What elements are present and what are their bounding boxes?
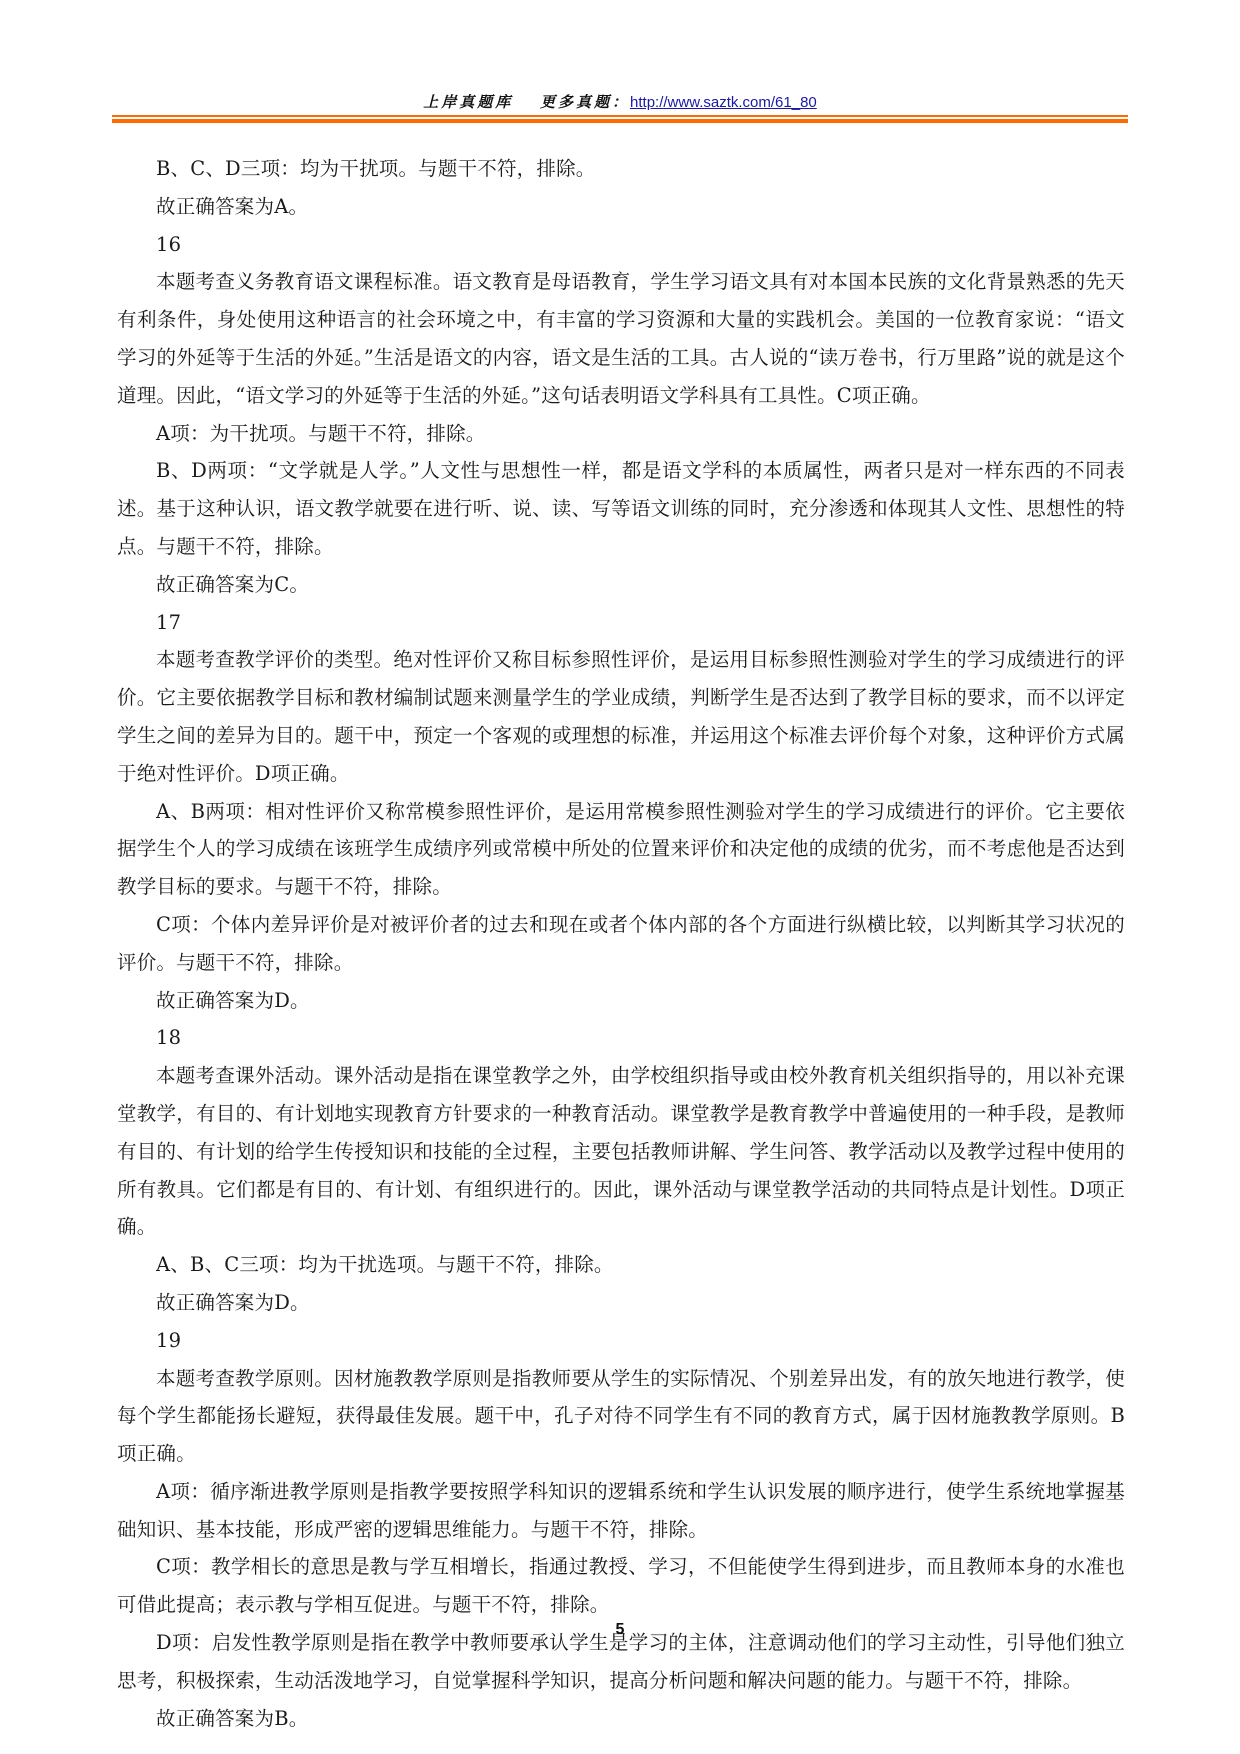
page-body: B、C、D三项：均为干扰项。与题干不符，排除。 故正确答案为A。 16 本题考查… [117, 150, 1125, 1737]
page-number: 5 [0, 1621, 1240, 1639]
paragraph: B、C、D三项：均为干扰项。与题干不符，排除。 [117, 150, 1125, 188]
brand-name: 上岸真题库 [423, 93, 513, 111]
answer-line: 故正确答案为D。 [117, 982, 1125, 1020]
paragraph: A、B、C三项：均为干扰选项。与题干不符，排除。 [117, 1246, 1125, 1284]
paragraph: 本题考查教学原则。因材施教教学原则是指教师要从学生的实际情况、个别差异出发，有的… [117, 1360, 1125, 1473]
paragraph: A项：为干扰项。与题干不符，排除。 [117, 415, 1125, 453]
paragraph: C项：教学相长的意思是教与学互相增长，指通过教授、学习，不但能使学生得到进步，而… [117, 1548, 1125, 1624]
question-number: 17 [117, 604, 1125, 642]
answer-line: 故正确答案为B。 [117, 1700, 1125, 1738]
paragraph: C项：个体内差异评价是对被评价者的过去和现在或者个体内部的各个方面进行纵横比较，… [117, 906, 1125, 982]
page-header: 上岸真题库 更多真题：http://www.saztk.com/61_80 [0, 92, 1240, 113]
question-number: 16 [117, 226, 1125, 264]
question-number: 18 [117, 1019, 1125, 1057]
question-number: 19 [117, 1322, 1125, 1360]
paragraph: A项：循序渐进教学原则是指教学要按照学科知识的逻辑系统和学生认识发展的顺序进行，… [117, 1473, 1125, 1549]
paragraph: A、B两项：相对性评价又称常模参照性评价，是运用常模参照性测验对学生的学习成绩进… [117, 793, 1125, 906]
answer-line: 故正确答案为D。 [117, 1284, 1125, 1322]
paragraph: B、D两项：“文学就是人学。”人文性与思想性一样，都是语文学科的本质属性，两者只… [117, 452, 1125, 565]
paragraph: 本题考查课外活动。课外活动是指在课堂教学之外，由学校组织指导或由校外教育机关组织… [117, 1057, 1125, 1246]
header-rule-thin [112, 115, 1128, 117]
paragraph: 本题考查教学评价的类型。绝对性评价又称目标参照性评价，是运用目标参照性测验对学生… [117, 641, 1125, 792]
answer-line: 故正确答案为A。 [117, 188, 1125, 226]
more-label: 更多真题： [540, 93, 630, 111]
source-link[interactable]: http://www.saztk.com/61_80 [630, 94, 817, 111]
answer-line: 故正确答案为C。 [117, 566, 1125, 604]
header-rule-thick [112, 119, 1128, 123]
paragraph: 本题考查义务教育语文课程标准。语文教育是母语教育，学生学习语文具有对本国本民族的… [117, 263, 1125, 414]
